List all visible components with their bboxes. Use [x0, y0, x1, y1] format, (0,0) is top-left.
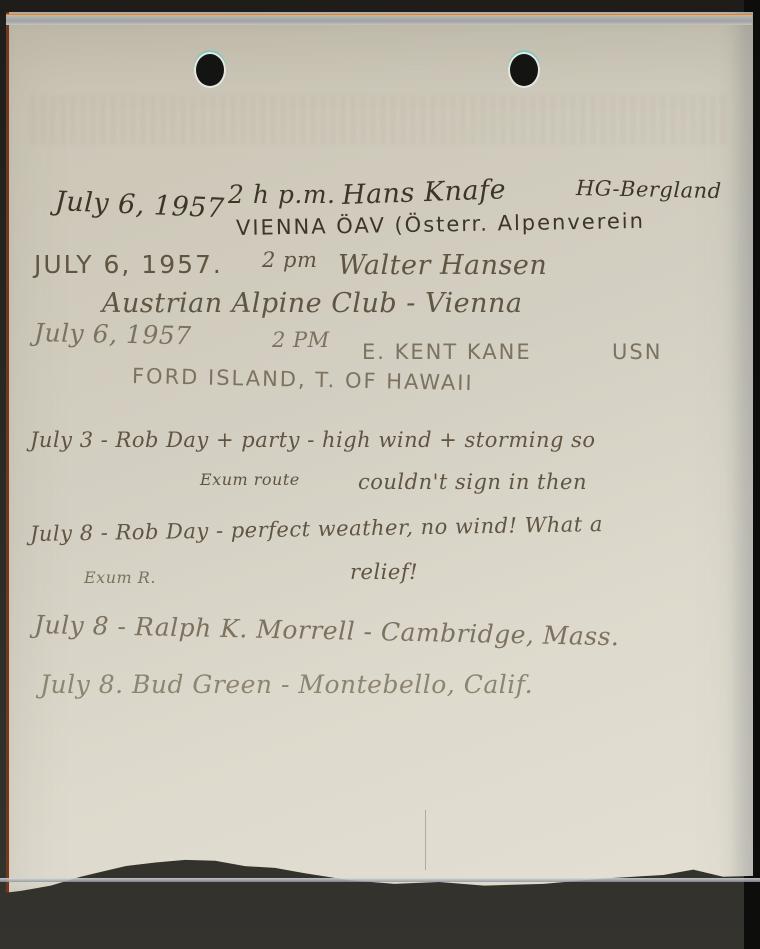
entry-3-time: 2 PM	[272, 328, 330, 352]
entry-3-affiliation: USN	[612, 340, 662, 364]
entry-4-line1: July 3 - Rob Day + party - high wind + s…	[30, 428, 596, 452]
entry-3-date: July 6, 1957	[34, 318, 192, 350]
punch-hole-right	[510, 54, 538, 86]
entry-2-date: JULY 6, 1957.	[34, 250, 223, 279]
entry-2-line2: Austrian Alpine Club - Vienna	[102, 288, 522, 319]
entry-3-name: E. KENT KANE	[362, 340, 532, 364]
binding-strip	[6, 14, 752, 25]
entry-1-affiliation: HG-Bergland	[576, 176, 722, 203]
punch-hole-left	[196, 54, 224, 86]
entry-2-time: 2 pm	[262, 248, 317, 272]
entry-7-line1: July 8. Bud Green - Montebello, Calif.	[40, 670, 533, 699]
faded-printed-text	[30, 95, 730, 145]
display-case-edge	[0, 878, 760, 882]
entry-5-route: Exum R.	[84, 568, 156, 587]
photo-scene: July 6, 1957 2 h p.m. Hans Knafe HG-Berg…	[0, 0, 760, 949]
entry-1-time: 2 h p.m.	[228, 180, 336, 209]
entry-1-name: Hans Knafe	[341, 174, 506, 211]
entry-4-route: Exum route	[200, 470, 300, 489]
entry-4-note: couldn't sign in then	[358, 470, 587, 494]
paper-crease	[425, 810, 426, 870]
entry-5-note: relief!	[350, 560, 418, 584]
entry-2-name: Walter Hansen	[338, 250, 547, 281]
